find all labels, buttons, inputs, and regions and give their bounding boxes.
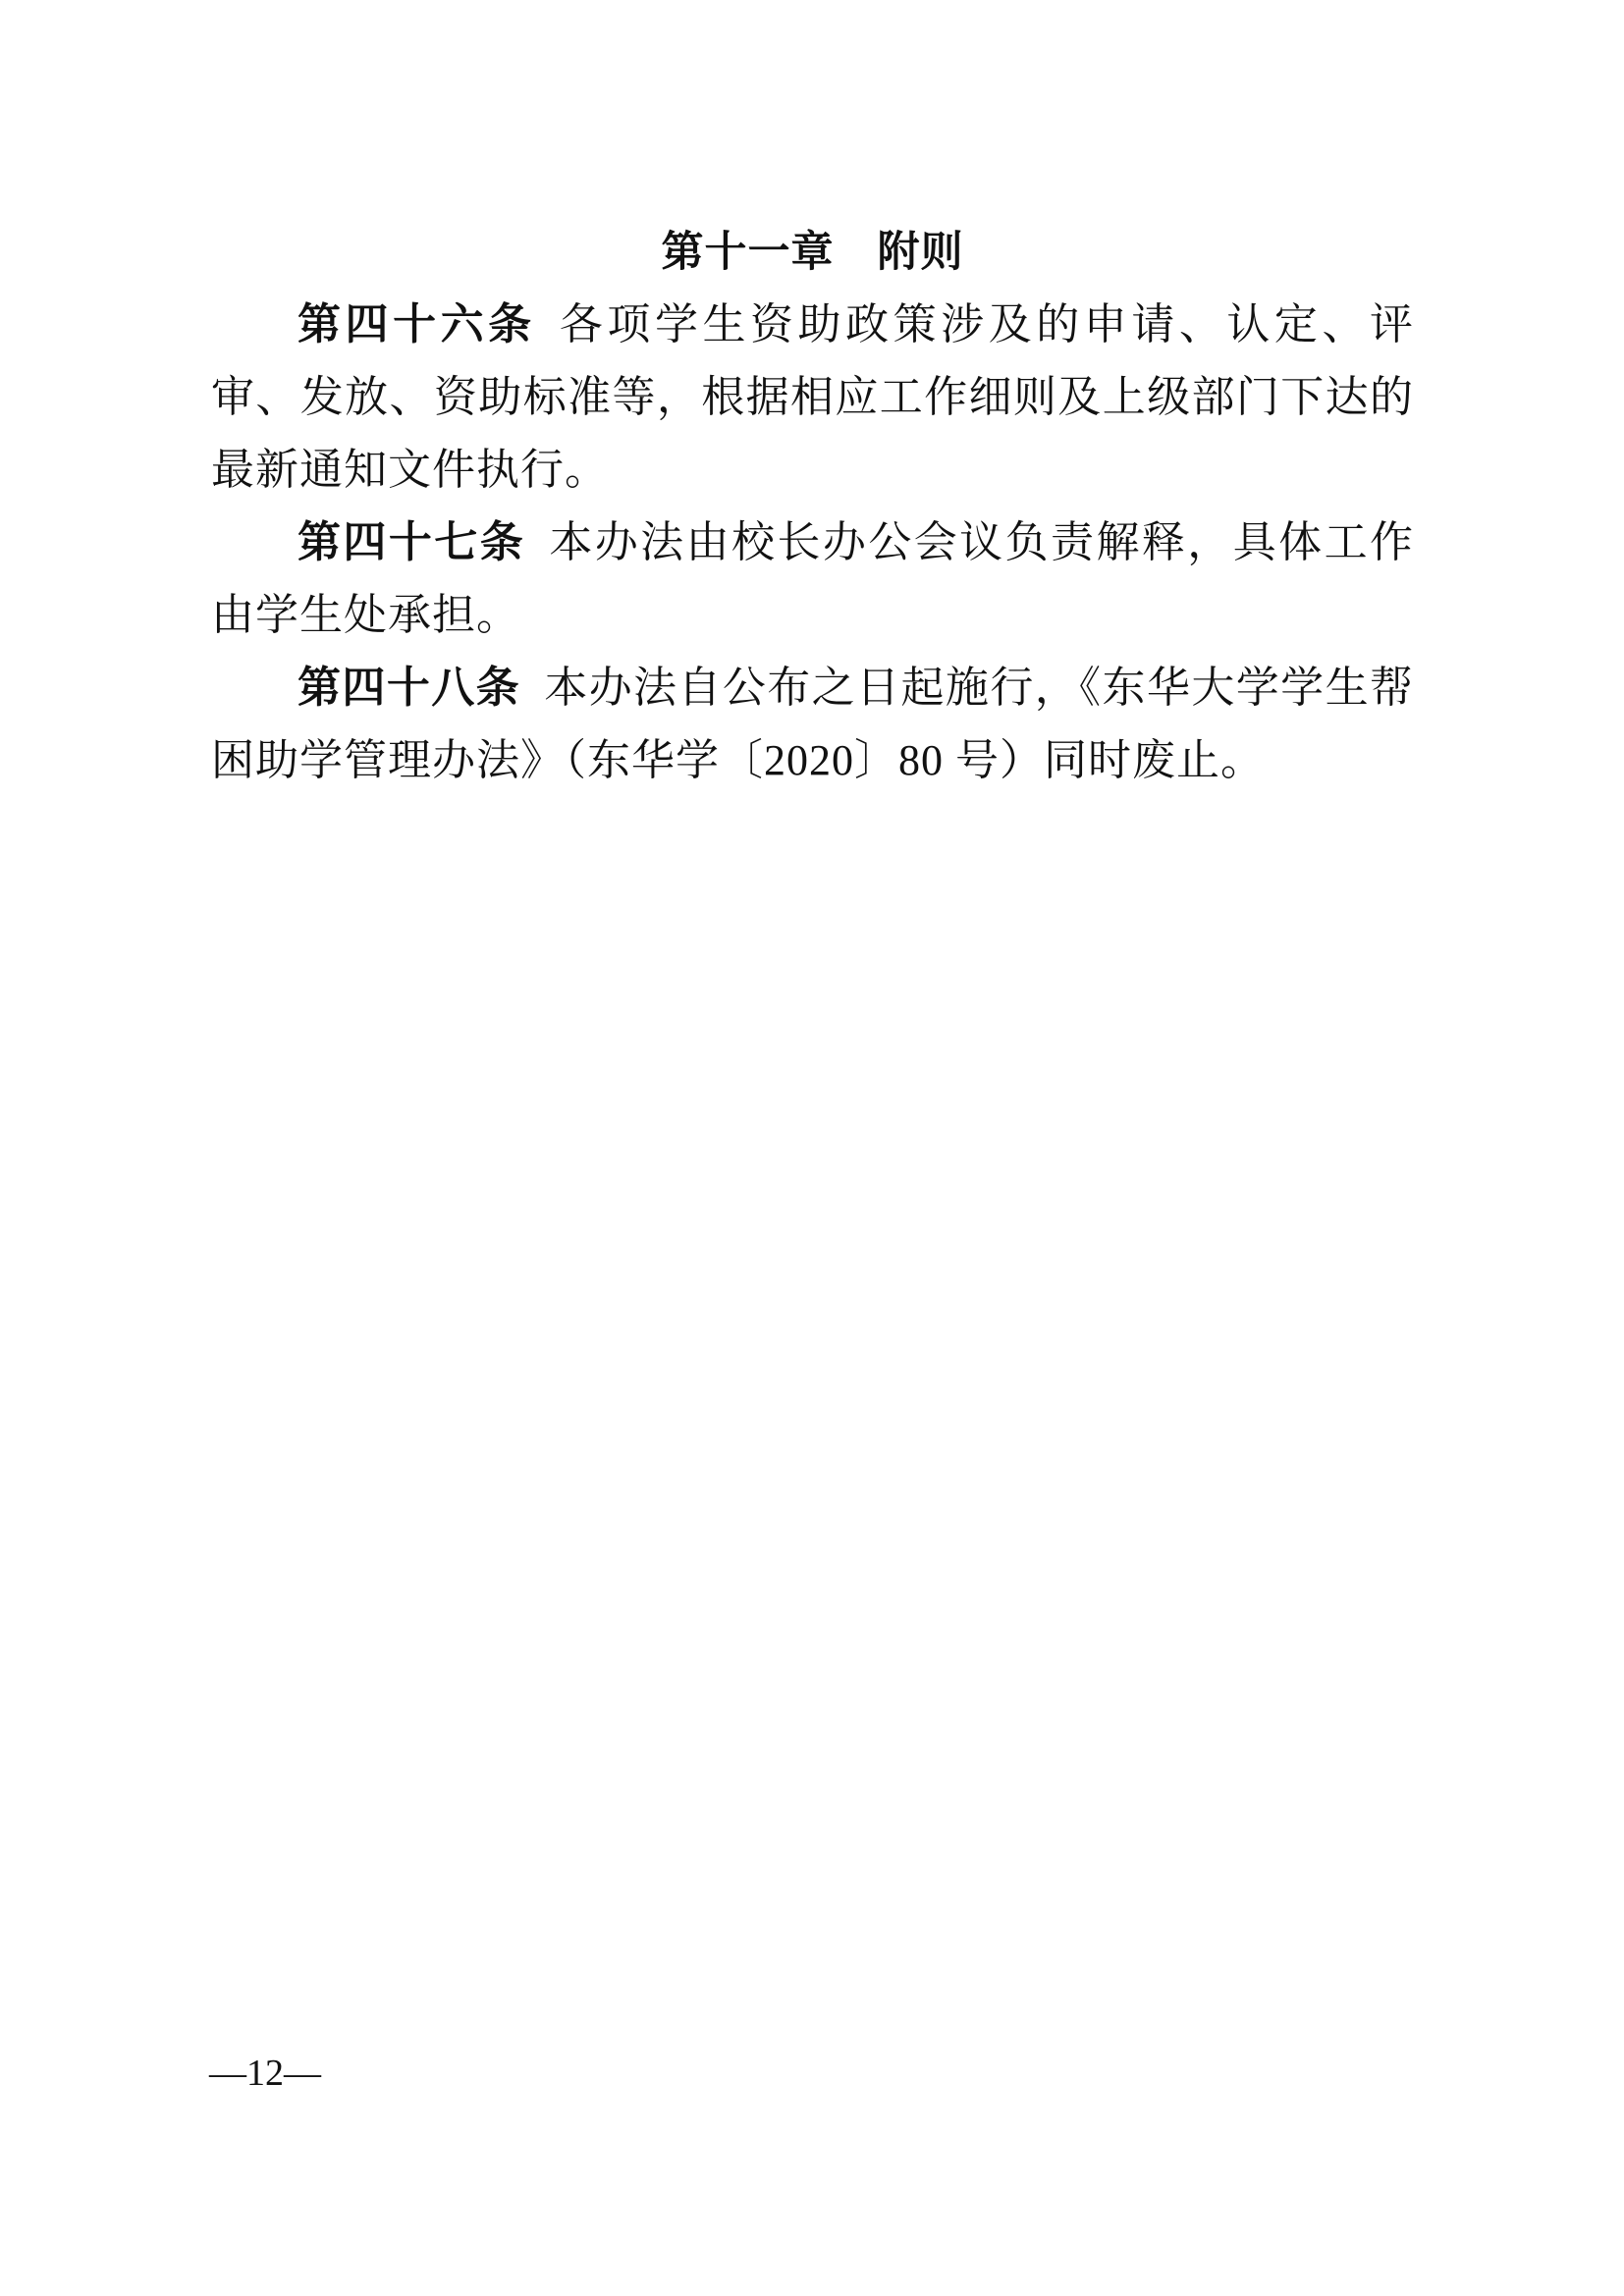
page-number: —12— bbox=[209, 2051, 321, 2096]
article-paragraph: 第四十六条各项学生资助政策涉及的申请、认定、评审、发放、资助标准等，根据相应工作… bbox=[211, 289, 1414, 507]
article-term: 第四十七条 bbox=[298, 518, 525, 566]
article-term: 第四十六条 bbox=[298, 300, 536, 348]
document-content: 第十一章 附则 第四十六条各项学生资助政策涉及的申请、认定、评审、发放、资助标准… bbox=[211, 216, 1414, 797]
article-paragraph: 第四十八条本办法自公布之日起施行，《东华大学学生帮困助学管理办法》（东华学〔20… bbox=[211, 652, 1414, 797]
article-term: 第四十八条 bbox=[298, 664, 520, 712]
chapter-title: 第十一章 附则 bbox=[211, 216, 1414, 289]
article-paragraph: 第四十七条本办法由校长办公会议负责解释，具体工作由学生处承担。 bbox=[211, 507, 1414, 652]
document-page: 第十一章 附则 第四十六条各项学生资助政策涉及的申请、认定、评审、发放、资助标准… bbox=[0, 0, 1624, 2296]
